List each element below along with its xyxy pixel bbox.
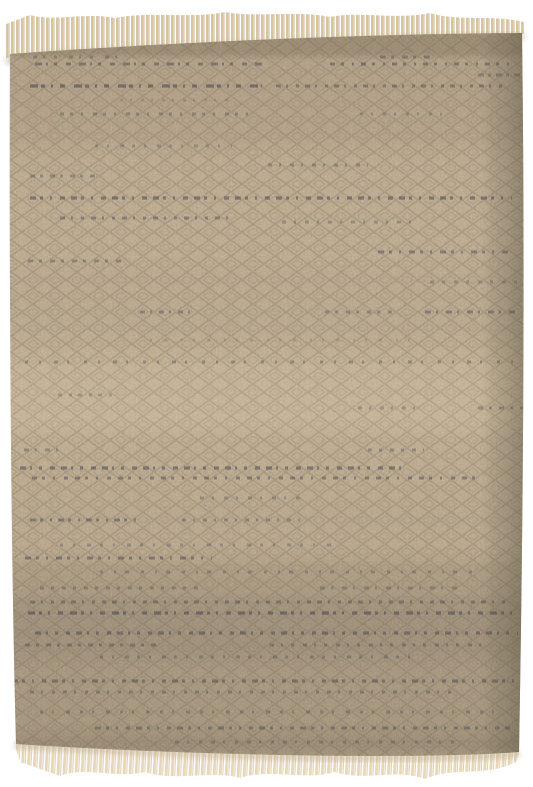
rug-photo-svg: [0, 0, 533, 787]
photo-canvas: Beige handwoven rug with faded diamond p…: [0, 0, 533, 787]
edge-shadows: [0, 0, 533, 787]
